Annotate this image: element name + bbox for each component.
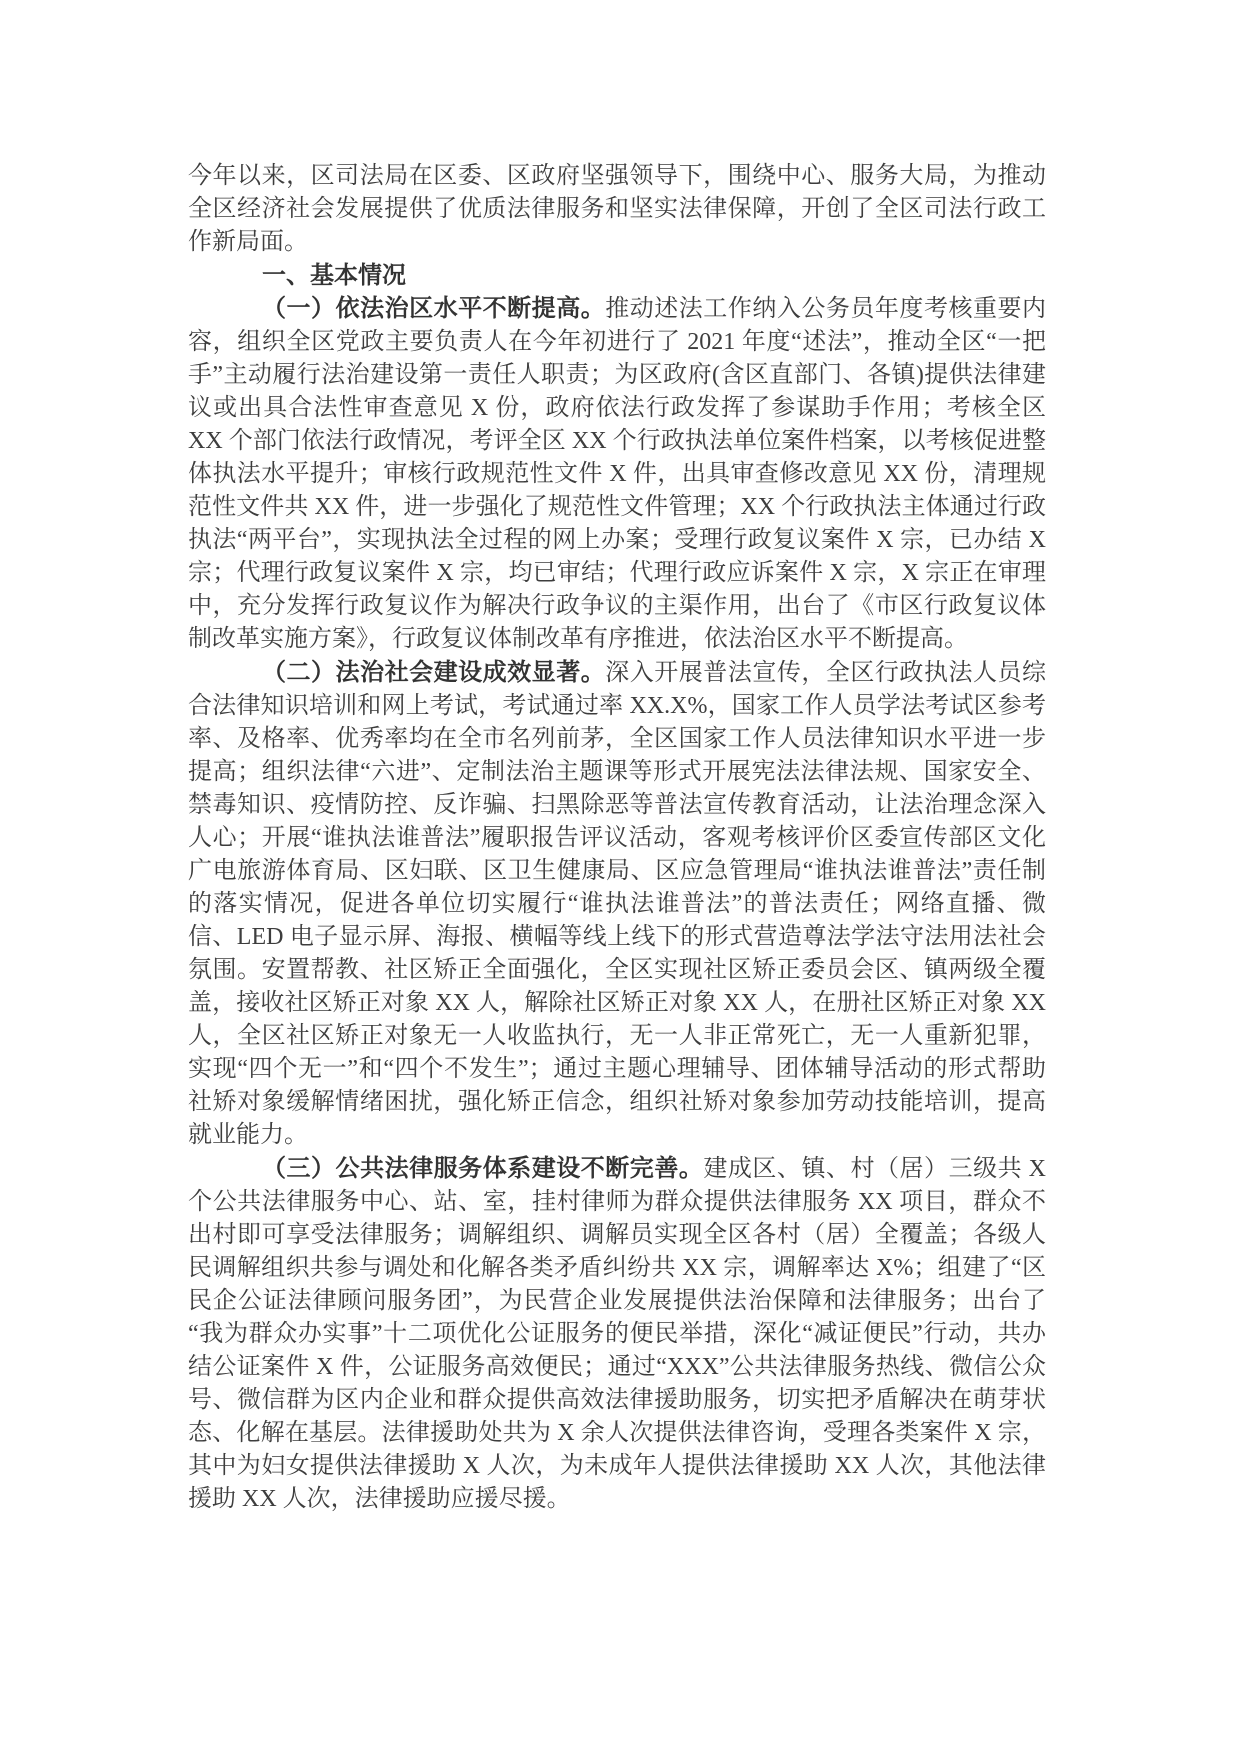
subsection-1-body: 推动述法工作纳入公务员年度考核重要内容，组织全区党政主要负责人在今年初进行了 2… — [188, 296, 1046, 652]
document-page: 今年以来，区司法局在区委、区政府坚强领导下，围绕中心、服务大局，为推动全区经济社… — [0, 0, 1240, 1754]
subsection-1-paragraph: （一）依法治区水平不断提高。推动述法工作纳入公务员年度考核重要内容，组织全区党政… — [188, 292, 1046, 656]
subsection-1-title: （一）依法治区水平不断提高。 — [262, 295, 605, 322]
subsection-3-title: （三）公共法律服务体系建设不断完善。 — [262, 1155, 703, 1182]
subsection-3-body: 建成区、镇、村（居）三级共 X 个公共法律服务中心、站、室，挂村律师为群众提供法… — [188, 1156, 1046, 1512]
document-text-block: 今年以来，区司法局在区委、区政府坚强领导下，围绕中心、服务大局，为推动全区经济社… — [188, 160, 1046, 1516]
intro-paragraph: 今年以来，区司法局在区委、区政府坚强领导下，围绕中心、服务大局，为推动全区经济社… — [188, 160, 1046, 259]
subsection-2-body: 深入开展普法宣传，全区行政执法人员综合法律知识培训和网上考试，考试通过率 XX.… — [188, 660, 1046, 1148]
section-heading-basic-situation: 一、基本情况 — [188, 259, 1046, 292]
subsection-3-paragraph: （三）公共法律服务体系建设不断完善。建成区、镇、村（居）三级共 X 个公共法律服… — [188, 1152, 1046, 1516]
subsection-2-title: （二）法治社会建设成效显著。 — [262, 659, 605, 686]
subsection-2-paragraph: （二）法治社会建设成效显著。深入开展普法宣传，全区行政执法人员综合法律知识培训和… — [188, 656, 1046, 1152]
